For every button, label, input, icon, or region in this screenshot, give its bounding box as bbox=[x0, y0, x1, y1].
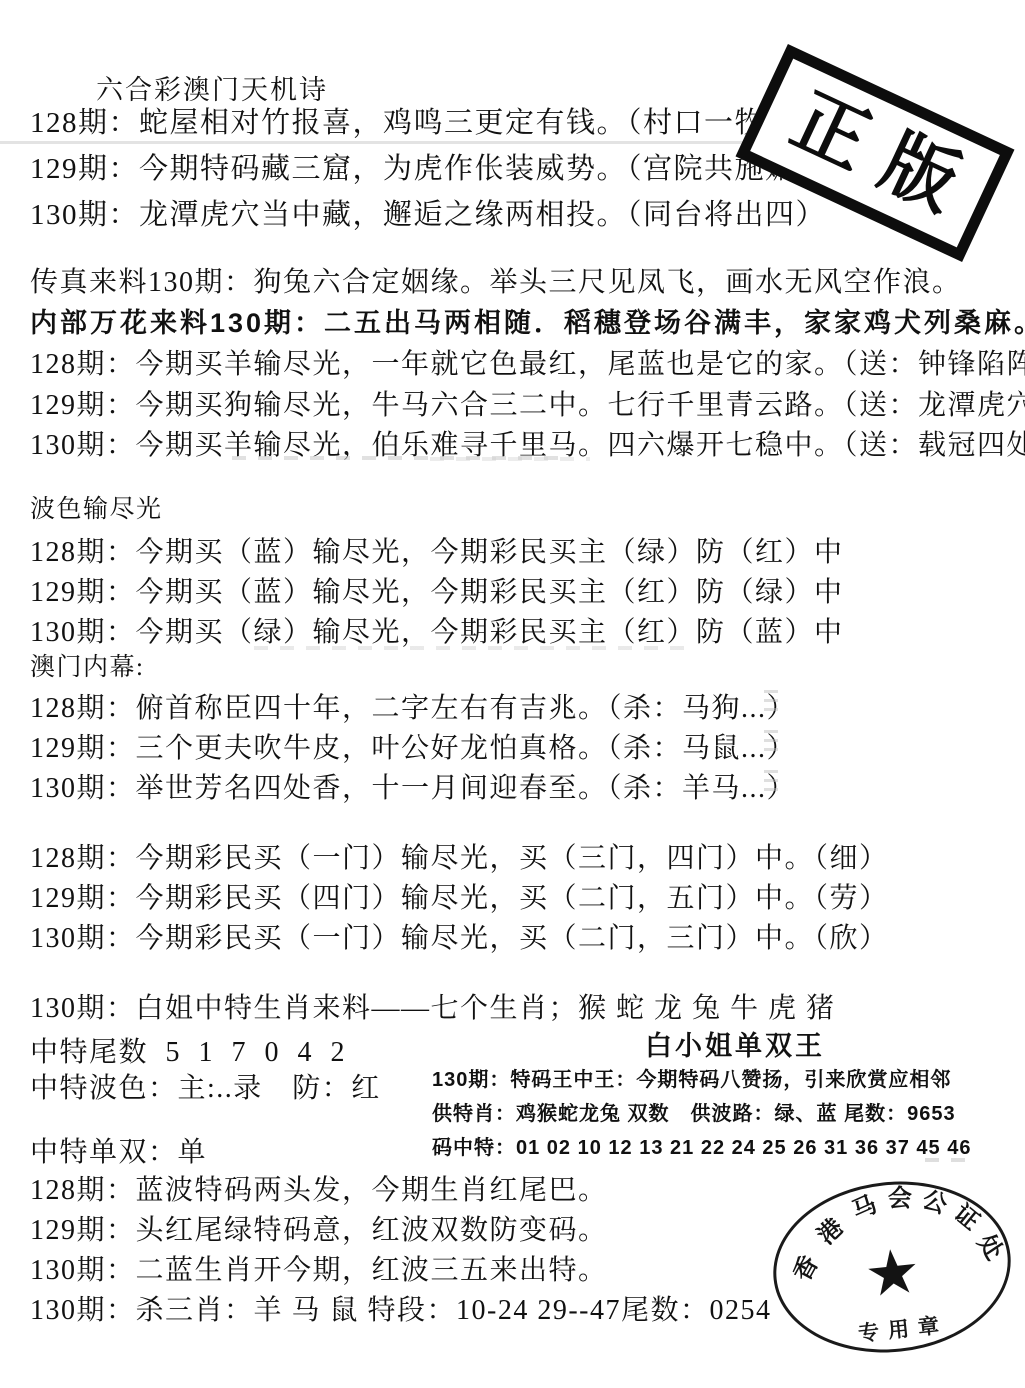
zhongte-bose-line: 中特波色：主:..录 防：红 bbox=[30, 1066, 381, 1106]
scan-smudge bbox=[430, 457, 590, 461]
bottom-line-128: 128期：蓝波特码两头发，今期生肖红尾巴。 bbox=[30, 1168, 608, 1208]
bose-line-130: 130期：今期买（绿）输尽光，今期彩民买主（红）防（蓝）中 bbox=[30, 610, 844, 650]
star-icon: ★ bbox=[862, 1240, 924, 1307]
fax-material-line: 传真来料130期：狗兔六合定姻缘。举头三尺见凤飞，画水无风空作浪。 bbox=[30, 260, 962, 300]
scan-streak bbox=[0, 141, 768, 144]
baixiaojie-line-2: 供特肖：鸡猴蛇龙兔 双数 供波路：绿、蓝 尾数：9653 bbox=[432, 1097, 956, 1126]
baixiaojie-line-3: 码中特：01 02 10 12 13 21 22 24 25 26 31 36 … bbox=[432, 1131, 971, 1160]
lottery-tip-sheet: 六合彩澳门天机诗 128期：蛇屋相对竹报喜，鸡鸣三更定有钱。（村口一牧童） 12… bbox=[0, 0, 1025, 1388]
section-heading-bose: 波色输尽光 bbox=[30, 489, 163, 525]
poem-line-129: 129期：今期特码藏三窟，为虎作伥装威势。（宫院共施媚） bbox=[30, 146, 826, 187]
door-line-130: 130期：今期彩民买（一门）输尽光，买（二门，三门）中。（欣） bbox=[30, 916, 889, 956]
zhongte-weishu-line: 中特尾数 5 1 7 0 4 2 bbox=[30, 1030, 346, 1070]
neimu-line-128: 128期：俯首称臣四十年，二字左右有吉兆。（杀：马狗...） bbox=[30, 686, 796, 726]
baixiaojie-line-1: 130期：特码王中王：今期特码八赞扬，引来欣赏应相邻 bbox=[432, 1063, 951, 1092]
notary-seal: 香 港 马 会 公 证 处 ★ 专用章 bbox=[765, 1170, 1019, 1364]
bottom-line-130: 130期：二蓝生肖开今期，红波三五来出特。 bbox=[30, 1248, 608, 1288]
door-line-128: 128期：今期彩民买（一门）输尽光，买（三门，四门）中。（细） bbox=[30, 836, 889, 876]
bose-line-128: 128期：今期买（蓝）输尽光，今期彩民买主（绿）防（红）中 bbox=[30, 530, 844, 570]
bottom-line-130-kill: 130期：杀三肖：羊 马 鼠 特段：10-24 29--47尾数：0254 bbox=[30, 1288, 771, 1328]
section-heading-neimu: 澳门内幕: bbox=[30, 647, 144, 683]
tips-line-128: 128期：今期买羊输尽光，一年就它色最红，尾蓝也是它的家。（送：钟锋陷阵） bbox=[30, 342, 1025, 382]
baixiaojie-heading: 白小姐单双王 bbox=[645, 1024, 825, 1063]
neimu-line-130: 130期：举世芳名四处香，十一月间迎春至。（杀：羊马...） bbox=[30, 766, 796, 806]
scan-smudge bbox=[925, 1158, 971, 1162]
bottom-line-129: 129期：头红尾绿特码意，红波双数防变码。 bbox=[30, 1208, 608, 1248]
bose-line-129: 129期：今期买（蓝）输尽光，今期彩民买主（红）防（绿）中 bbox=[30, 570, 844, 610]
shengxiao-line: 130期：白姐中特生肖来料——七个生肖；猴 蛇 龙 兔 牛 虎 猪 bbox=[30, 986, 836, 1026]
poem-line-130: 130期：龙潭虎穴当中藏，邂逅之缘两相投。（同台将出四） bbox=[30, 192, 826, 233]
scan-smudge bbox=[254, 646, 684, 650]
seal-arc-char: 会 bbox=[888, 1187, 912, 1211]
poem-line-128: 128期：蛇屋相对竹报喜，鸡鸣三更定有钱。（村口一牧童） bbox=[30, 100, 826, 141]
neimu-line-129: 129期：三个更夫吹牛皮，叶公好龙怕真格。（杀：马鼠...） bbox=[30, 726, 796, 766]
tips-line-129: 129期：今期买狗输尽光，牛马六合三二中。七行千里青云路。（送：龙潭虎穴） bbox=[30, 383, 1025, 423]
scan-ghost-mark bbox=[764, 690, 778, 714]
scan-ghost-mark bbox=[764, 730, 778, 754]
scan-ghost-mark bbox=[764, 770, 778, 794]
internal-material-line: 内部万花来料130期：二五出马两相随．稻穗登场谷满丰，家家鸡犬列桑麻。 bbox=[30, 301, 1025, 340]
door-line-129: 129期：今期彩民买（四门）输尽光，买（二门，五门）中。（劳） bbox=[30, 876, 889, 916]
zhongte-danshuang-line: 中特单双：单 bbox=[30, 1130, 207, 1170]
